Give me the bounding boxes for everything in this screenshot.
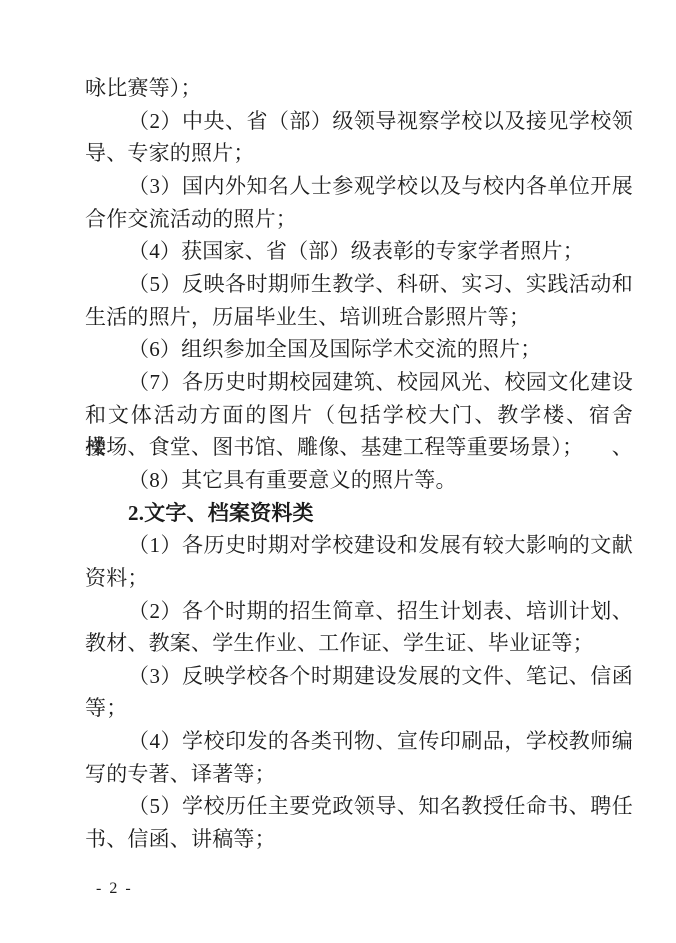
- text-line: 导、专家的照片；: [85, 137, 633, 170]
- text-line: （2）各个时期的招生简章、招生计划表、培训计划、: [85, 595, 633, 628]
- text-line: 教材、教案、学生作业、工作证、学生证、毕业证等；: [85, 627, 633, 660]
- text-line: 咏比赛等）；: [85, 72, 633, 105]
- section-heading: 2.文字、档案资料类: [85, 497, 633, 530]
- text-line: （4）学校印发的各类刊物、宣传印刷品，学校教师编: [85, 725, 633, 758]
- text-line: （3）反映学校各个时期建设发展的文件、笔记、信函: [85, 660, 633, 693]
- text-line: 等；: [85, 692, 633, 725]
- text-line: 和文体活动方面的图片（包括学校大门、教学楼、宿舍楼、: [85, 399, 633, 432]
- page-number: - 2 -: [96, 880, 133, 898]
- text-line: 写的专著、译著等；: [85, 758, 633, 791]
- text-line: 资料；: [85, 562, 633, 595]
- document-body: 咏比赛等）；（2）中央、省（部）级领导视察学校以及接见学校领导、专家的照片；（3…: [85, 72, 633, 856]
- text-line: 生活的照片，历届毕业生、培训班合影照片等；: [85, 301, 633, 334]
- text-line: （3）国内外知名人士参观学校以及与校内各单位开展: [85, 170, 633, 203]
- text-line: （5）学校历任主要党政领导、知名教授任命书、聘任: [85, 790, 633, 823]
- text-line: 操场、食堂、图书馆、雕像、基建工程等重要场景）；: [85, 431, 633, 464]
- text-line: （5）反映各时期师生教学、科研、实习、实践活动和: [85, 268, 633, 301]
- text-line: （8）其它具有重要意义的照片等。: [85, 464, 633, 497]
- text-line: （7）各历史时期校园建筑、校园风光、校园文化建设: [85, 366, 633, 399]
- text-line: （4）获国家、省（部）级表彰的专家学者照片；: [85, 235, 633, 268]
- document-page: 咏比赛等）；（2）中央、省（部）级领导视察学校以及接见学校领导、专家的照片；（3…: [0, 0, 676, 943]
- text-line: 合作交流活动的照片；: [85, 203, 633, 236]
- text-line: （1）各历史时期对学校建设和发展有较大影响的文献: [85, 529, 633, 562]
- text-line: （6）组织参加全国及国际学术交流的照片；: [85, 333, 633, 366]
- text-line: 书、信函、讲稿等；: [85, 823, 633, 856]
- text-line: （2）中央、省（部）级领导视察学校以及接见学校领: [85, 105, 633, 138]
